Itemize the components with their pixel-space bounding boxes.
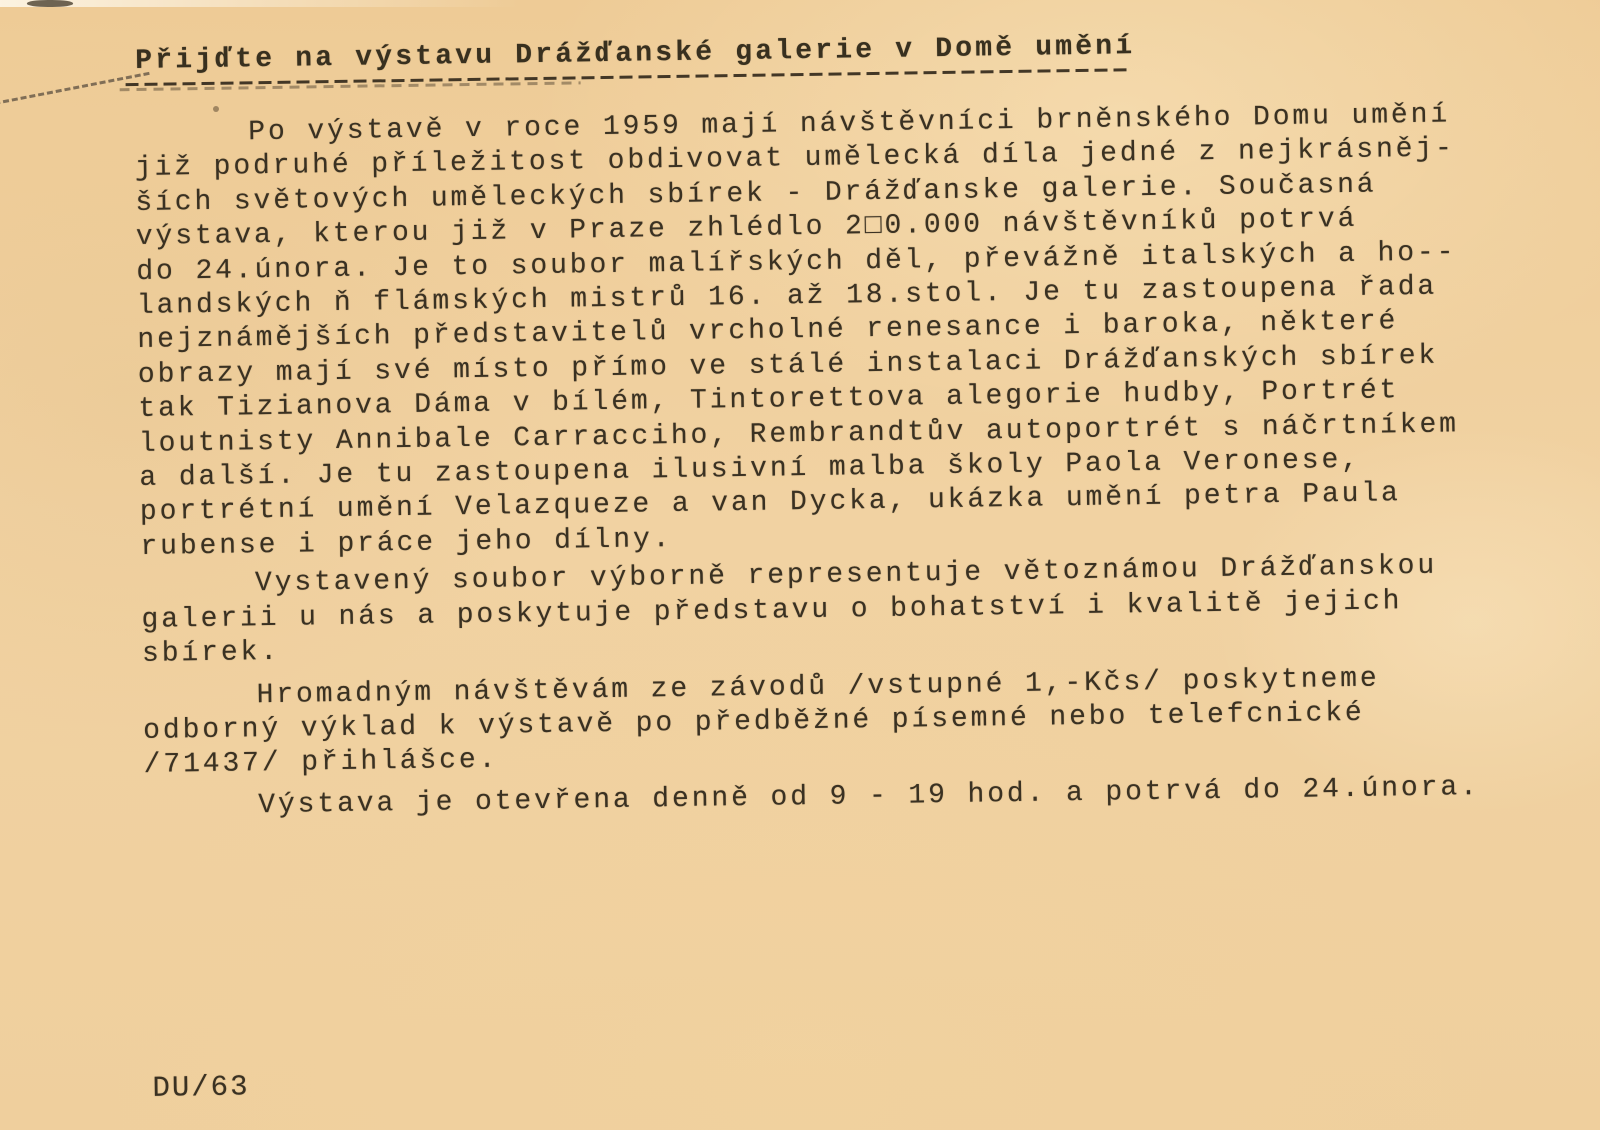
paragraph-1: Po výstavě v roce 1959 mají návštěvníci …	[134, 97, 1560, 565]
ink-smudge	[27, 0, 73, 7]
document-page: Přijďte na výstavu Drážďanské galerie v …	[133, 23, 1564, 825]
document-title: Přijďte na výstavu Drážďanské galerie v …	[133, 29, 1136, 92]
paragraph-3: Hromadným návštěvám ze závodů /vstupné 1…	[142, 659, 1563, 783]
document-reference: DU/63	[152, 1070, 249, 1104]
paragraph-2: Vystavený soubor výborně representuje vě…	[141, 548, 1562, 672]
scan-edge-highlight	[0, 0, 520, 7]
